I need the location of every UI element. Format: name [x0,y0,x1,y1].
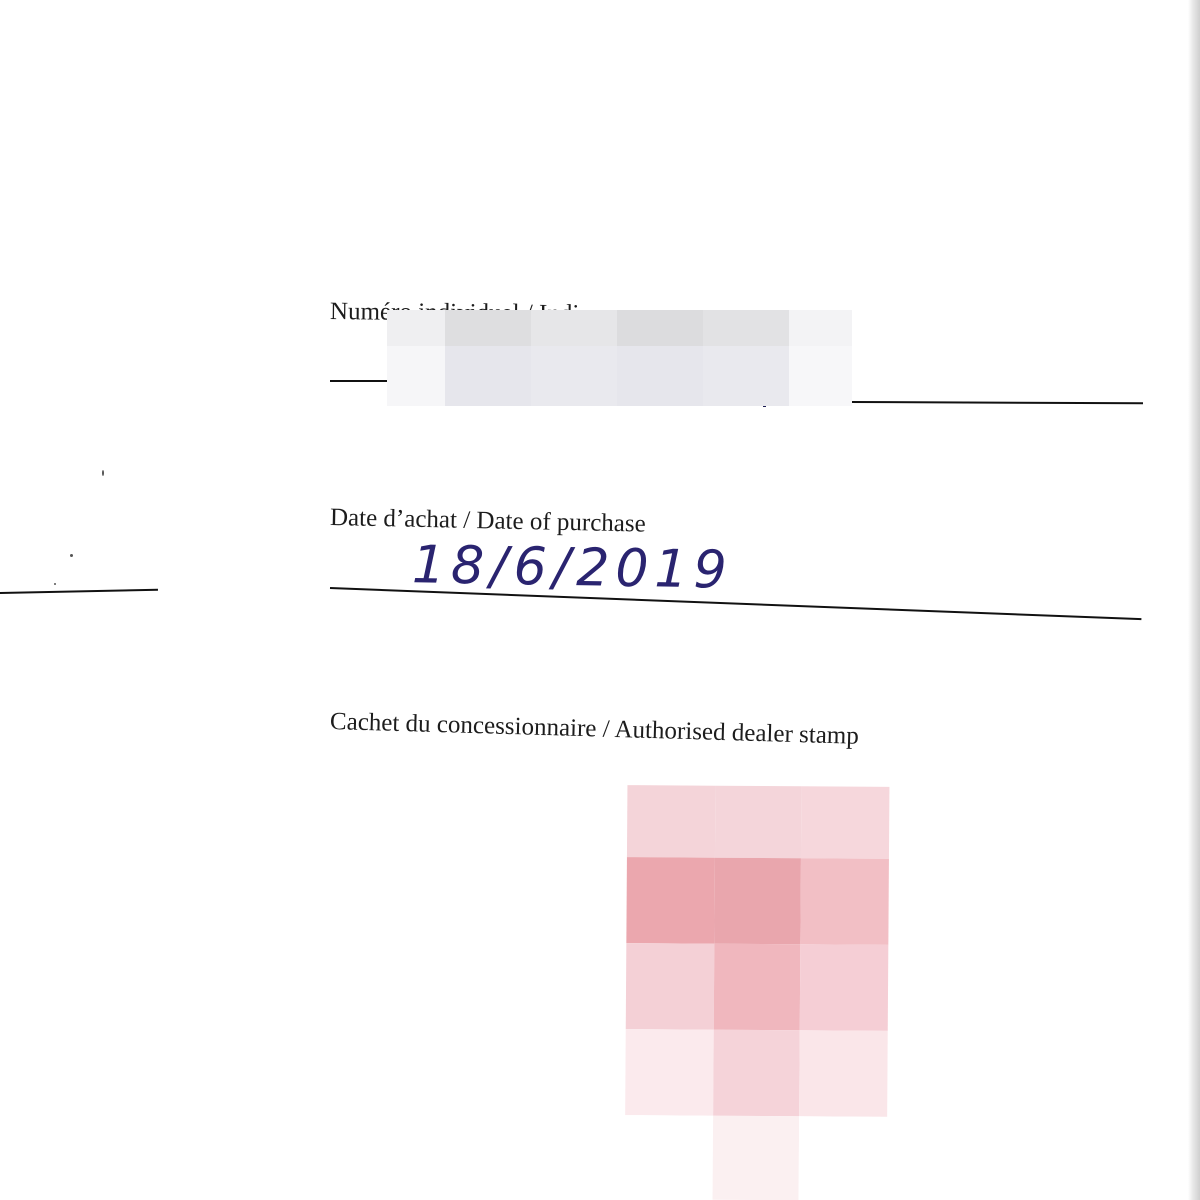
stamp-pixel-cell [800,944,889,1031]
stamp-pixel-cell [713,1030,800,1117]
speck [70,554,73,557]
redaction-cell [387,310,445,346]
stamp-pixel-cell [625,1029,714,1116]
redaction-cell [617,310,703,346]
stamp-pixel-cell [799,1116,888,1200]
stamp-pixel-cell [800,858,889,945]
stamp-pixel-cell [625,1115,714,1200]
individual-number-line-right [850,401,1143,404]
redaction-cell [617,346,703,406]
stamp-pixel-cell [715,786,802,859]
stamp-pixel-cell [713,1116,800,1200]
stamp-pixel-cell [801,786,890,859]
redaction-cell [703,346,789,406]
stamp-pixel-cell [714,944,801,1031]
redaction-cell [445,346,531,406]
redaction-cell [703,310,789,346]
redaction-cell [789,310,852,346]
redaction-cell [387,346,445,406]
individual-number-redaction [387,310,852,406]
stamp-pixel-cell [714,858,801,945]
purchase-date-line [330,587,1141,620]
stamp-pixel-cell [799,1030,888,1117]
purchase-date-label: Date d’achat / Date of purchase [330,504,646,539]
stamp-pixel-cell [626,943,715,1030]
stamp-pixel-cell [626,857,715,944]
speck [102,470,104,476]
individual-number-line-left [330,380,390,382]
redaction-cell [531,310,617,346]
redaction-cell [531,346,617,406]
dealer-stamp-label: Cachet du concessionnaire / Authorised d… [330,708,860,751]
speck [54,583,56,585]
purchase-date-handwritten-value: 18/6/2019 [412,535,734,601]
page-edge-shadow [1188,0,1200,1200]
dealer-stamp-redaction [625,785,890,1200]
stamp-pixel-cell [627,785,716,858]
left-fragment-line [0,589,158,594]
redaction-cell [445,310,531,346]
redaction-cell [789,346,852,406]
